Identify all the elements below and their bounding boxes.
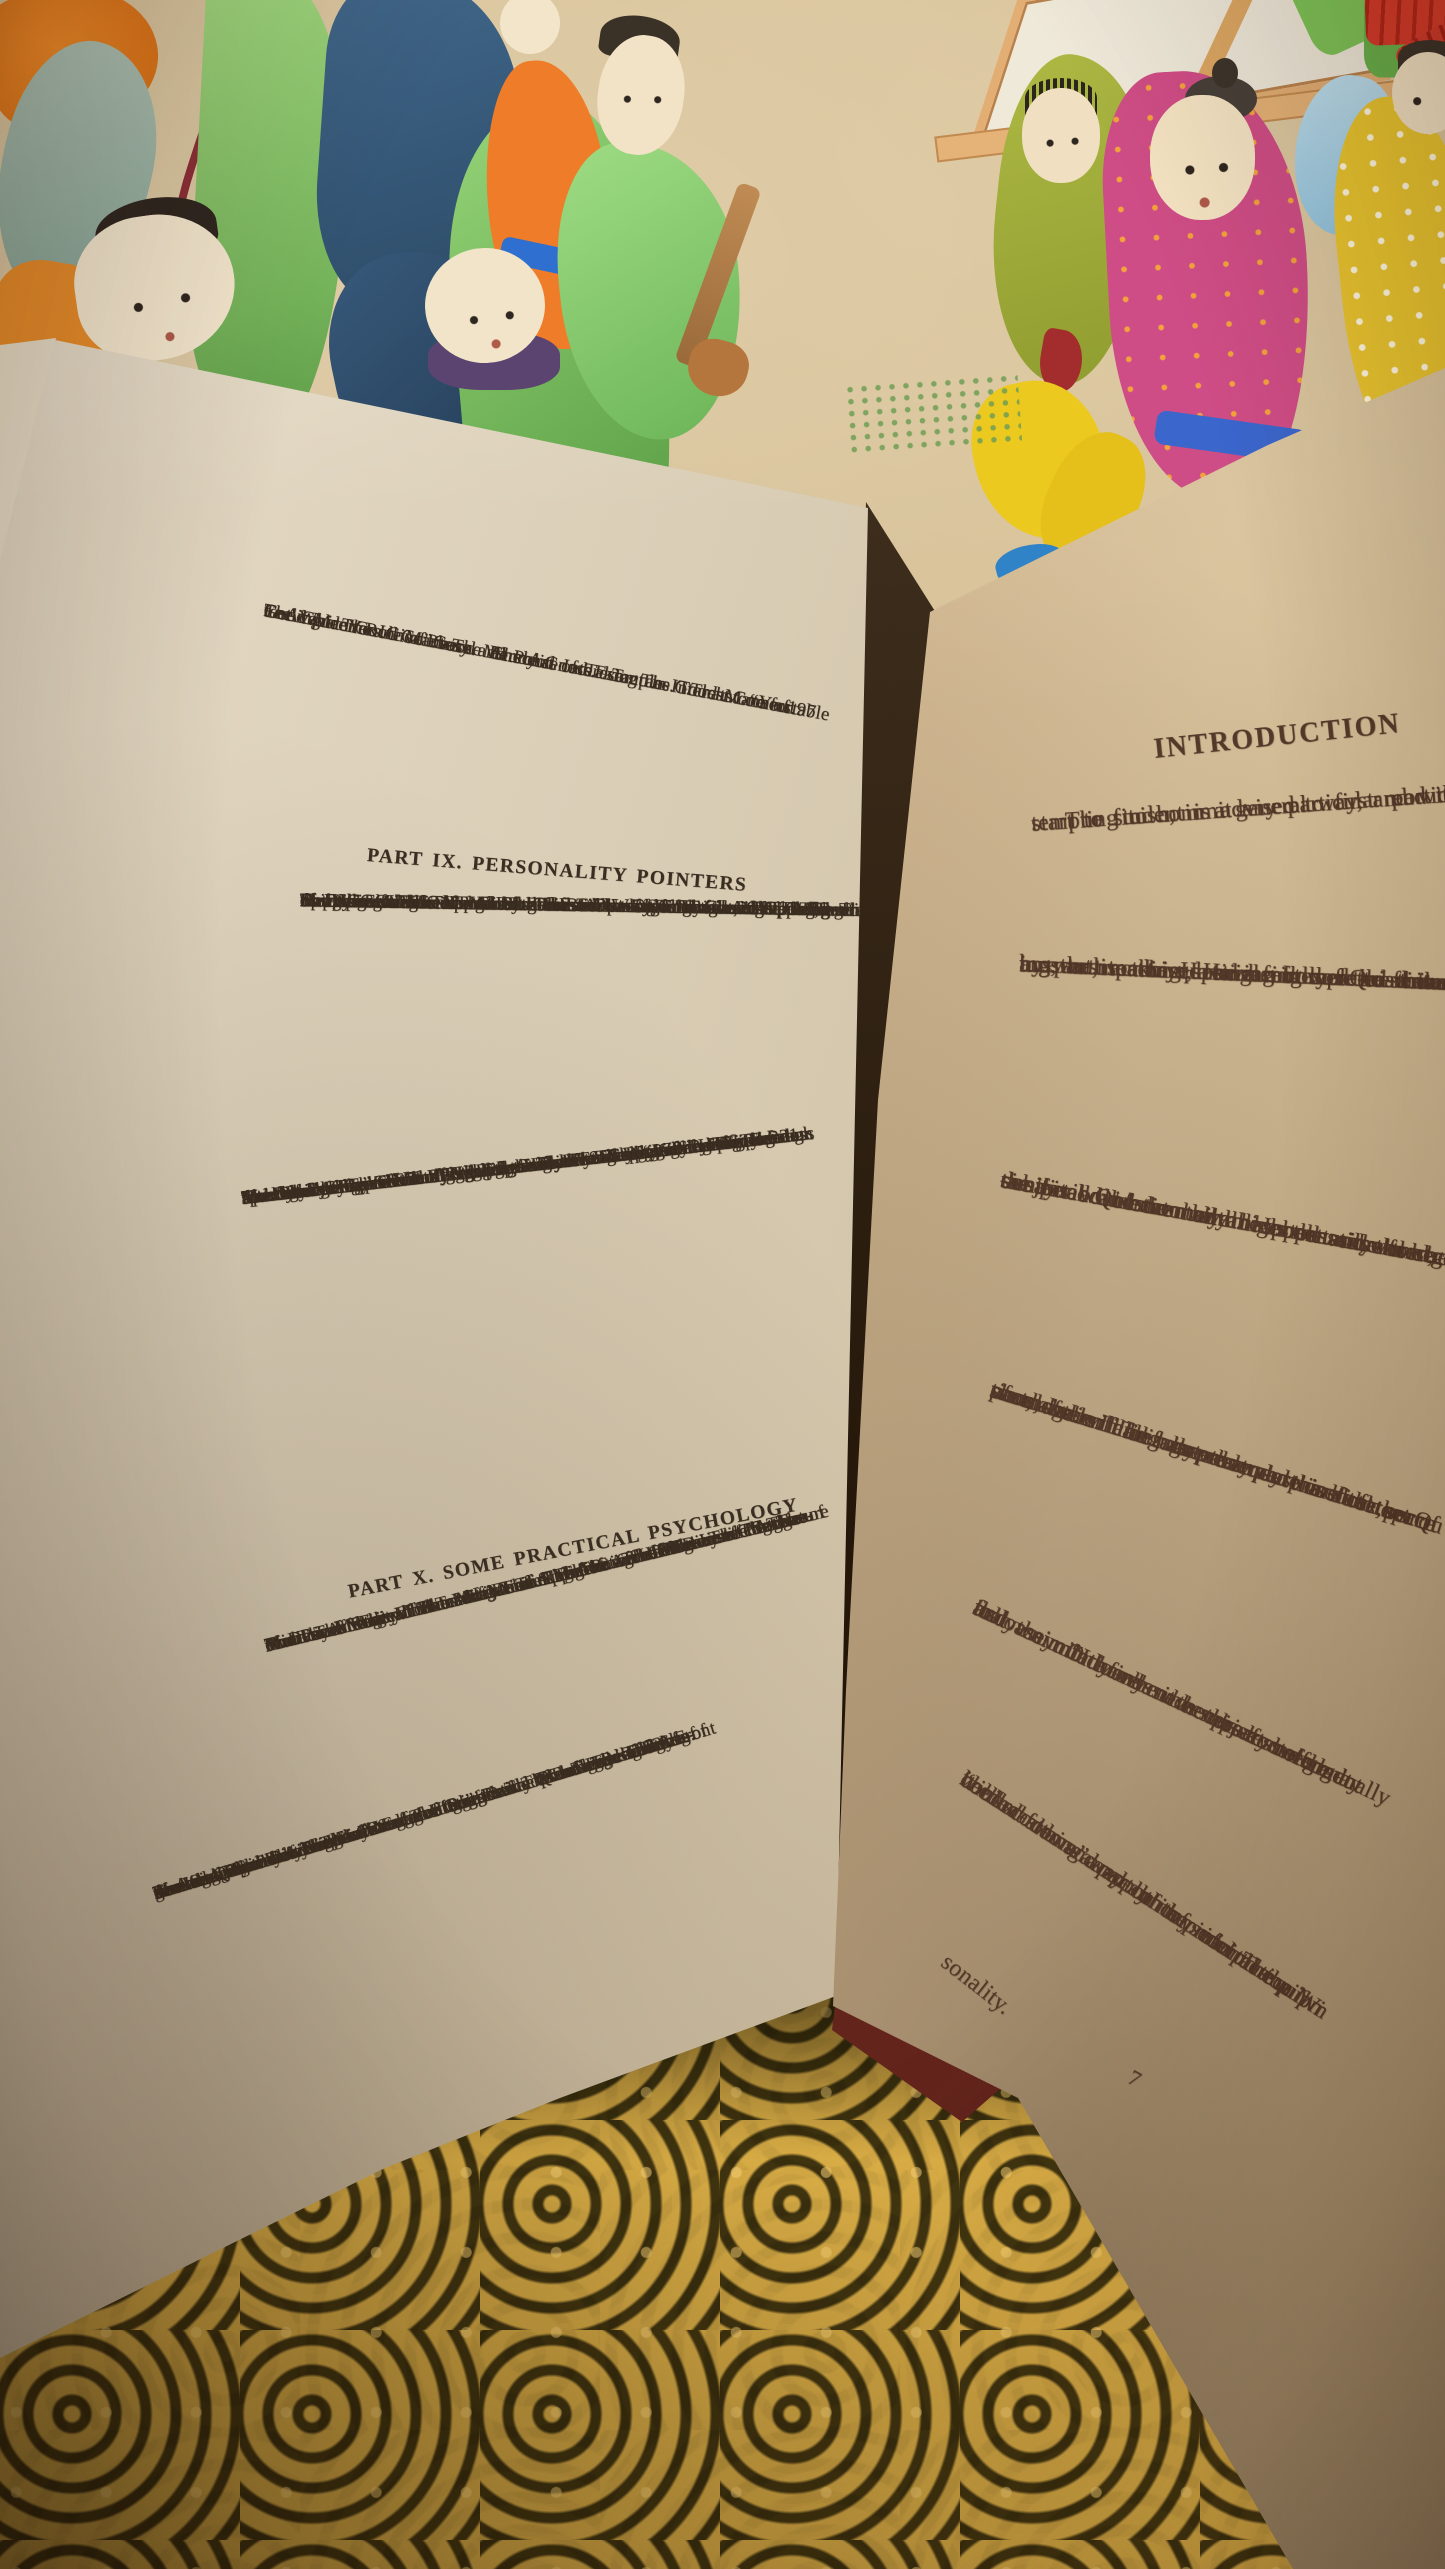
painting-grass bbox=[843, 372, 1023, 456]
text-line: tion. The Stage of Interest. The Stage o… bbox=[262, 1502, 816, 1658]
painting-topknot bbox=[1212, 58, 1238, 88]
text-line: “Wedded to Convictions”. A Warning. Avoi… bbox=[240, 1123, 800, 1212]
painting-child-face bbox=[1022, 88, 1100, 183]
text-line: the Winning Personality. Finis. . . . . … bbox=[150, 1731, 667, 1906]
painting-child-head bbox=[500, 0, 560, 54]
text-line: The Golden Rule of Good Manners. . . . .… bbox=[261, 598, 818, 726]
painting-child-face bbox=[1150, 95, 1255, 220]
photo-open-book: to Acquire Good Manners. Study Good Exam… bbox=[0, 0, 1445, 2569]
